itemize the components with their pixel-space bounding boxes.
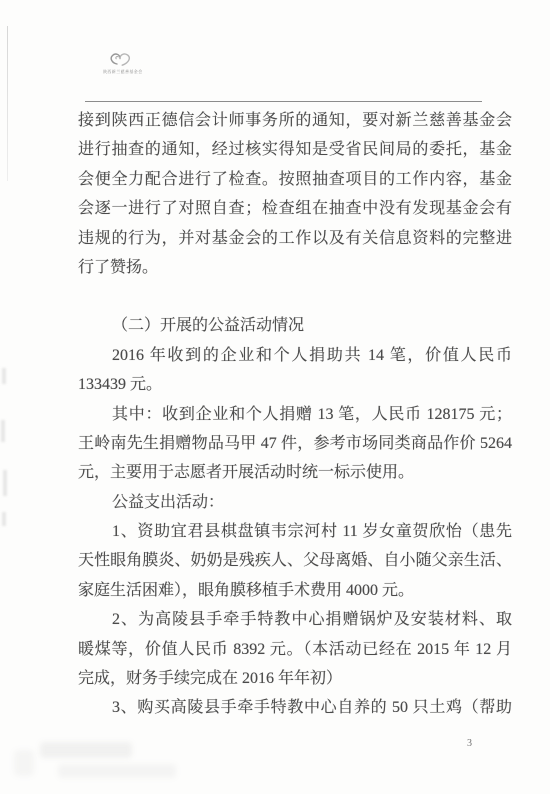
text-line: 完成，财务手续完成在 2016 年年初） (78, 664, 512, 693)
scan-artifact (3, 470, 7, 496)
document-body-text: 接到陕西正德信会计师事务所的通知，要对新兰慈善基金会进行抽查的通知，经过核实得知… (78, 106, 512, 723)
text-line: 其中：收到企业和个人捐赠 13 笔，人民币 128175 元； (78, 400, 512, 429)
scan-artifact (2, 368, 6, 384)
scanned-document-page: 陕西新兰慈善基金会 接到陕西正德信会计师事务所的通知，要对新兰慈善基金会进行抽查… (0, 0, 550, 794)
text-line: 会便全力配合进行了检查。按照抽查项目的工作内容，基金 (78, 165, 512, 194)
text-line: 天性眼角膜炎、奶奶是残疾人、父母离婚、自小随父亲生活、 (78, 546, 512, 575)
scan-artifact (2, 512, 6, 526)
page-number: 3 (467, 738, 472, 749)
header-rule (85, 101, 482, 102)
text-line: 王岭南先生捐赠物品马甲 47 件，参考市场同类商品作价 5264 (78, 429, 512, 458)
heart-swoosh-icon (108, 51, 134, 67)
text-line: 1、资助宜君县棋盘镇韦宗河村 11 岁女童贺欣怡（患先 (78, 517, 512, 546)
bleed-through-ghost (40, 742, 132, 758)
text-line: 公益支出活动： (78, 488, 512, 517)
text-line: 进行抽查的通知，经过核实得知是受省民间局的委托，基金 (78, 135, 512, 164)
bleed-through-ghost (58, 764, 176, 778)
text-line: 133439 元。 (78, 370, 512, 399)
text-line: 家庭生活困难），眼角膜移植手术费用 4000 元。 (78, 576, 512, 605)
logo-caption: 陕西新兰慈善基金会 (103, 69, 139, 75)
text-line: 接到陕西正德信会计师事务所的通知，要对新兰慈善基金会 (78, 106, 512, 135)
foundation-logo: 陕西新兰慈善基金会 (103, 51, 139, 75)
text-line: 元，主要用于志愿者开展活动时统一标示使用。 (78, 458, 512, 487)
scan-edge-line (7, 26, 8, 181)
text-line: 3、购买高陵县手牵手特教中心自养的 50 只土鸡（帮助 (78, 693, 512, 722)
text-line: 会逐一进行了对照自查；检查组在抽查中没有发现基金会有 (78, 194, 512, 223)
text-line: 暖煤等，价值人民币 8392 元。（本活动已经在 2015 年 12 月 (78, 635, 512, 664)
scan-artifact (1, 420, 5, 442)
bleed-through-ghost (14, 750, 34, 776)
text-line: 2、为高陵县手牵手特教中心捐赠锅炉及安装材料、取 (78, 605, 512, 634)
text-line: 2016 年收到的企业和个人捐助共 14 笔，价值人民币 (78, 341, 512, 370)
text-line: 违规的行为，并对基金会的工作以及有关信息资料的完整进 (78, 224, 512, 253)
text-line: （二）开展的公益活动情况 (78, 311, 512, 340)
text-line: 行了赞扬。 (78, 253, 512, 282)
